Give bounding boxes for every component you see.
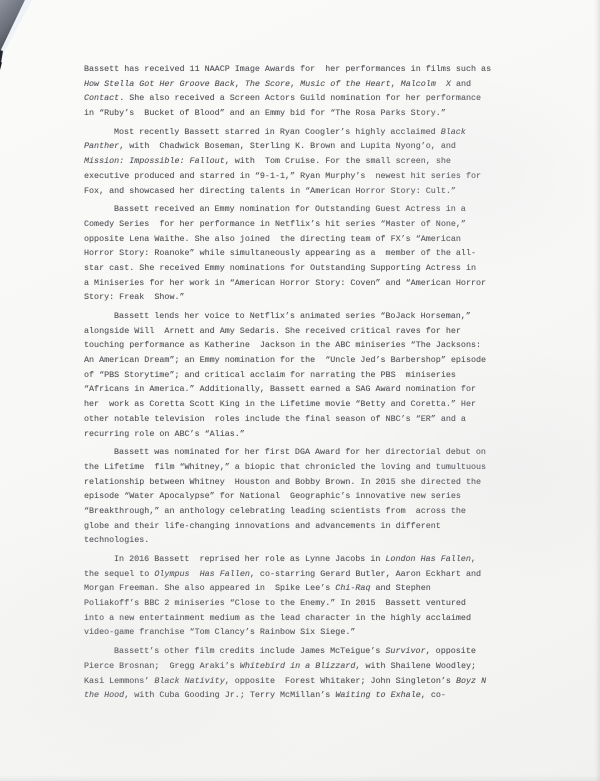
text-segment: technologies. [84, 535, 149, 545]
paragraph: Bassett was nominated for her first DGA … [84, 445, 514, 548]
text-segment: Poliakoff’s BBC 2 miniseries “Close to t… [84, 598, 466, 608]
text-line: relationship between Whitney Houston and… [84, 475, 514, 490]
italic-text-segment: Chi-Raq [335, 583, 370, 593]
text-segment: Morgan Freeman. She also appeared in Spi… [84, 583, 335, 593]
italic-text-segment: Boyz N [456, 676, 486, 686]
text-segment: episode “Water Apocalypse” for National … [84, 491, 461, 501]
text-segment: opposite Lena Waithe. She also joined th… [84, 234, 461, 244]
text-segment: , co- [421, 690, 446, 700]
corner-shadow-graphic [0, 0, 44, 92]
text-line: “Africans in America.” Additionally, Bas… [84, 382, 514, 397]
text-segment: recurring role on ABC’s “Alias.” [84, 429, 245, 439]
text-line: a Miniseries for her work in “American H… [84, 276, 514, 291]
text-line: other notable television roles include t… [84, 412, 514, 427]
text-line: Story: Freak Show.” [84, 290, 514, 305]
text-segment: alongside Will Arnett and Amy Sedaris. S… [84, 326, 461, 336]
italic-text-segment: the Hood [84, 690, 124, 700]
text-line: video-game franchise “Tom Clancy’s Rainb… [84, 625, 514, 640]
text-segment: “Africans in America.” Additionally, Bas… [84, 384, 476, 394]
text-line: alongside Will Arnett and Amy Sedaris. S… [84, 324, 514, 339]
text-segment: , with Chadwick Boseman, Sterling K. Bro… [119, 141, 456, 151]
italic-text-segment: The Score [245, 79, 290, 89]
text-segment: Kasi Lemmons’ [84, 676, 154, 686]
italic-text-segment: Survivor [385, 646, 425, 656]
text-line: Bassett’s other film credits include Jam… [84, 644, 514, 659]
paragraph: Most recently Bassett starred in Ryan Co… [84, 125, 514, 198]
text-line: Bassett was nominated for her first DGA … [84, 445, 514, 460]
text-segment: relationship between Whitney Houston and… [84, 477, 481, 487]
text-segment: Pierce Brosnan; Gregg Araki’s [84, 661, 240, 671]
paragraph: Bassett has received 11 NAACP Image Awar… [84, 62, 514, 121]
text-segment: touching performance as Katherine Jackso… [84, 340, 481, 350]
text-segment: into a new entertainment medium as the l… [84, 613, 471, 623]
text-segment: Most recently Bassett starred in Ryan Co… [114, 127, 441, 137]
text-segment: Comedy Series for her performance in Net… [84, 219, 466, 229]
text-line: technologies. [84, 533, 514, 548]
text-segment: star cast. She received Emmy nominations… [84, 263, 476, 273]
text-line: “Breakthrough,” an anthology celebrating… [84, 504, 514, 519]
italic-text-segment: Olympus Has Fallen [154, 569, 250, 579]
text-line: in “Ruby’s Bucket of Blood” and an Emmy … [84, 106, 514, 121]
text-line: Bassett lends her voice to Netflix’s ani… [84, 309, 514, 324]
paragraph: In 2016 Bassett reprised her role as Lyn… [84, 552, 514, 640]
italic-text-segment: Whitebird in a Blizzard [240, 661, 356, 671]
text-segment: , [471, 554, 476, 564]
scanned-page: Bassett has received 11 NAACP Image Awar… [0, 0, 600, 781]
paragraph: Bassett lends her voice to Netflix’s ani… [84, 309, 514, 441]
text-segment: , with Tom Cruise. For the small screen,… [225, 156, 451, 166]
text-line: star cast. She received Emmy nominations… [84, 261, 514, 276]
italic-text-segment: Music of the Heart [300, 79, 390, 89]
text-segment: the sequel to [84, 569, 154, 579]
text-segment: In 2016 Bassett reprised her role as Lyn… [114, 554, 385, 564]
text-line: Most recently Bassett starred in Ryan Co… [84, 125, 514, 140]
text-segment: Fox, and showcased her directing talents… [84, 186, 456, 196]
text-segment: other notable television roles include t… [84, 414, 466, 424]
text-segment: the Lifetime film “Whitney,” a biopic th… [84, 462, 486, 472]
text-segment: Horror Story: Roanoke” while simultaneou… [84, 248, 476, 258]
text-line: touching performance as Katherine Jackso… [84, 338, 514, 353]
text-segment: in “Ruby’s Bucket of Blood” and an Emmy … [84, 108, 446, 118]
italic-text-segment: London Has Fallen [385, 554, 470, 564]
italic-text-segment: Contact [84, 93, 119, 103]
text-line: Panther, with Chadwick Boseman, Sterling… [84, 139, 514, 154]
text-line: Poliakoff’s BBC 2 miniseries “Close to t… [84, 596, 514, 611]
scan-corner-shadow [0, 0, 44, 92]
text-segment: , opposite [426, 646, 476, 656]
text-segment: . She also received a Screen Actors Guil… [119, 93, 481, 103]
text-line: opposite Lena Waithe. She also joined th… [84, 232, 514, 247]
text-line: Pierce Brosnan; Gregg Araki’s Whitebird … [84, 659, 514, 674]
text-segment: globe and their life-changing innovation… [84, 521, 441, 531]
text-line: the sequel to Olympus Has Fallen, co-sta… [84, 567, 514, 582]
paragraph: Bassett received an Emmy nomination for … [84, 202, 514, 305]
text-segment: , with Shailene Woodley; [355, 661, 476, 671]
text-line: Comedy Series for her performance in Net… [84, 217, 514, 232]
text-line: Bassett received an Emmy nomination for … [84, 202, 514, 217]
text-line: Horror Story: Roanoke” while simultaneou… [84, 246, 514, 261]
text-segment: of “PBS Storytime”; and critical acclaim… [84, 370, 456, 380]
italic-text-segment: Black [441, 127, 466, 137]
text-segment: , co-starring Gerard Butler, Aaron Eckha… [250, 569, 481, 579]
text-segment: , with Cuba Gooding Jr.; Terry McMillan’… [124, 690, 335, 700]
italic-text-segment: Waiting to Exhale [335, 690, 420, 700]
text-segment: , [391, 79, 401, 89]
text-segment: a Miniseries for her work in “American H… [84, 278, 486, 288]
text-line: How Stella Got Her Groove Back, The Scor… [84, 77, 514, 92]
text-segment: “Breakthrough,” an anthology celebrating… [84, 506, 466, 516]
text-segment: , opposite Forest Whitaker; John Singlet… [225, 676, 456, 686]
text-line: the Hood, with Cuba Gooding Jr.; Terry M… [84, 688, 514, 703]
text-line: Bassett has received 11 NAACP Image Awar… [84, 62, 514, 77]
text-line: An American Dream”; an Emmy nomination f… [84, 353, 514, 368]
text-line: globe and their life-changing innovation… [84, 519, 514, 534]
italic-text-segment: Mission: Impossible: Fallout [84, 156, 225, 166]
text-line: Kasi Lemmons’ Black Nativity, opposite F… [84, 674, 514, 689]
page-edge-shading-bottom [0, 775, 600, 781]
text-line: Morgan Freeman. She also appeared in Spi… [84, 581, 514, 596]
text-segment: Bassett was nominated for her first DGA … [114, 447, 486, 457]
text-segment: An American Dream”; an Emmy nomination f… [84, 355, 486, 365]
text-segment: Bassett has received 11 NAACP Image Awar… [84, 64, 491, 74]
text-line: of “PBS Storytime”; and critical acclaim… [84, 368, 514, 383]
page-edge-shading-right [593, 0, 600, 781]
text-segment: Bassett received an Emmy nomination for … [114, 204, 466, 214]
text-segment: executive produced and starred in “9-1-1… [84, 171, 481, 181]
text-line: her work as Coretta Scott King in the Li… [84, 397, 514, 412]
italic-text-segment: Malcolm X [401, 79, 451, 89]
italic-text-segment: Panther [84, 141, 119, 151]
text-line: the Lifetime film “Whitney,” a biopic th… [84, 460, 514, 475]
text-line: into a new entertainment medium as the l… [84, 611, 514, 626]
text-segment: video-game franchise “Tom Clancy’s Rainb… [84, 627, 355, 637]
document-text: Bassett has received 11 NAACP Image Awar… [84, 62, 514, 707]
text-segment: Bassett lends her voice to Netflix’s ani… [114, 311, 471, 321]
text-line: Contact. She also received a Screen Acto… [84, 91, 514, 106]
text-line: episode “Water Apocalypse” for National … [84, 489, 514, 504]
text-segment: and [451, 79, 471, 89]
text-segment: , [290, 79, 300, 89]
text-segment: , [235, 79, 245, 89]
text-segment: Story: Freak Show.” [84, 292, 185, 302]
text-line: executive produced and starred in “9-1-1… [84, 169, 514, 184]
text-line: Mission: Impossible: Fallout, with Tom C… [84, 154, 514, 169]
text-segment: her work as Coretta Scott King in the Li… [84, 399, 476, 409]
text-segment: and Stephen [370, 583, 430, 593]
italic-text-segment: How Stella Got Her Groove Back [84, 79, 235, 89]
italic-text-segment: Black Nativity [154, 676, 224, 686]
text-segment: Bassett’s other film credits include Jam… [114, 646, 385, 656]
text-line: recurring role on ABC’s “Alias.” [84, 427, 514, 442]
text-line: Fox, and showcased her directing talents… [84, 184, 514, 199]
paragraph: Bassett’s other film credits include Jam… [84, 644, 514, 703]
text-line: In 2016 Bassett reprised her role as Lyn… [84, 552, 514, 567]
